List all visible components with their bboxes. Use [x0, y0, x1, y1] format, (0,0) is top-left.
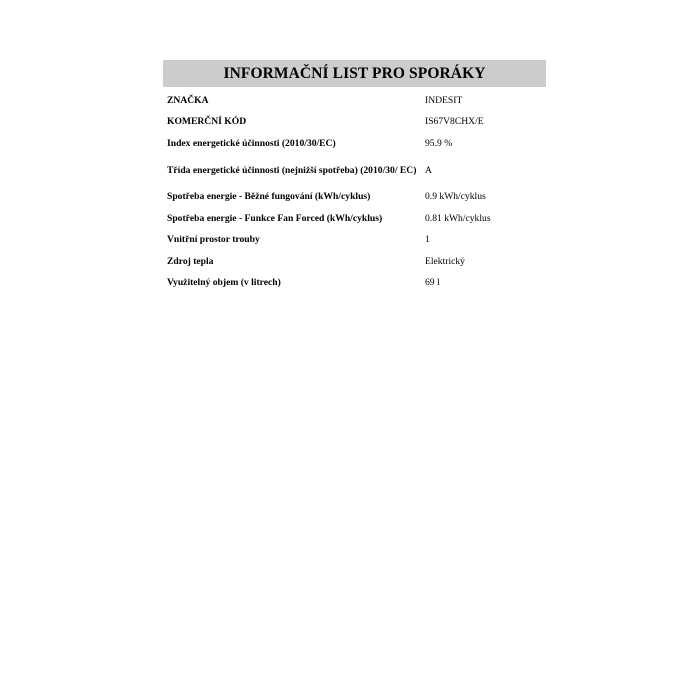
row-label: Využitelný objem (v litrech): [163, 277, 421, 289]
row-label: ZNAČKA: [163, 95, 421, 107]
row-label: Třída energetické účinnosti (nejnižší sp…: [163, 165, 421, 177]
row-energy-efficiency-index: Index energetické účinnosti (2010/30/EC)…: [163, 133, 546, 155]
row-value: 0.9 kWh/cyklus: [421, 191, 546, 203]
row-energy-class: Třída energetické účinnosti (nejnižší sp…: [163, 155, 546, 187]
row-value: 95.9 %: [421, 138, 546, 150]
row-usable-volume: Využitelný objem (v litrech) 69 l: [163, 273, 546, 295]
row-consumption-conventional: Spotřeba energie - Běžné fungování (kWh/…: [163, 187, 546, 209]
row-value: IS67V8CHX/E: [421, 116, 546, 128]
row-value: 0.81 kWh/cyklus: [421, 213, 546, 225]
row-value: 1: [421, 234, 546, 246]
fiche-title: INFORMAČNÍ LIST PRO SPORÁKY: [163, 60, 546, 87]
row-value: Elektrický: [421, 256, 546, 268]
row-heat-source: Zdroj tepla Elektrický: [163, 251, 546, 273]
row-label: Spotřeba energie - Běžné fungování (kWh/…: [163, 191, 421, 203]
row-brand: ZNAČKA INDESIT: [163, 90, 546, 112]
row-commercial-code: KOMERČNÍ KÓD IS67V8CHX/E: [163, 112, 546, 134]
row-value: A: [421, 165, 546, 177]
row-label: Vnitřní prostor trouby: [163, 234, 421, 246]
row-consumption-fan-forced: Spotřeba energie - Funkce Fan Forced (kW…: [163, 208, 546, 230]
product-fiche: INFORMAČNÍ LIST PRO SPORÁKY ZNAČKA INDES…: [163, 60, 546, 294]
row-label: Zdroj tepla: [163, 256, 421, 268]
row-label: Index energetické účinnosti (2010/30/EC): [163, 138, 421, 150]
fiche-table: ZNAČKA INDESIT KOMERČNÍ KÓD IS67V8CHX/E …: [163, 90, 546, 294]
row-value: 69 l: [421, 277, 546, 289]
row-label: Spotřeba energie - Funkce Fan Forced (kW…: [163, 213, 421, 225]
row-value: INDESIT: [421, 95, 546, 107]
row-label: KOMERČNÍ KÓD: [163, 116, 421, 128]
row-cavities: Vnitřní prostor trouby 1: [163, 230, 546, 252]
